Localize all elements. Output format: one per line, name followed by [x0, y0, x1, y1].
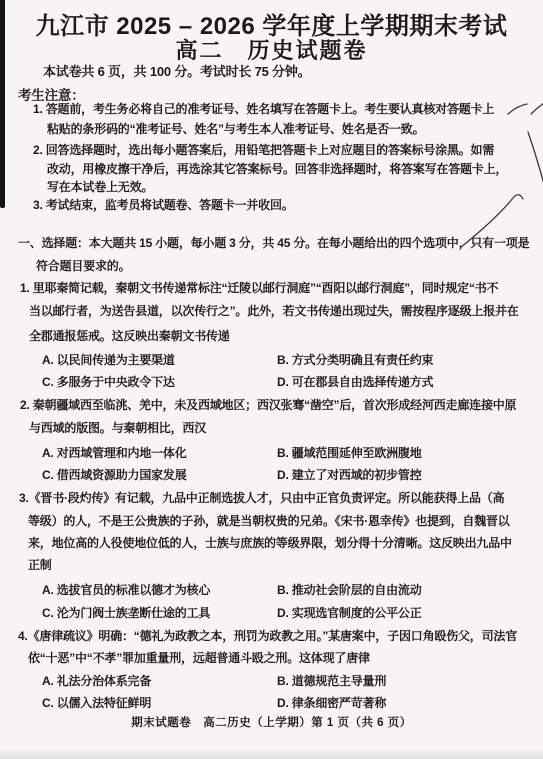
- question-2-option-b: B. 疆域范围延伸至欧洲腹地: [277, 444, 422, 461]
- question-1-option-b: B. 方式分类明确且有责任约束: [277, 351, 433, 368]
- section-header-line-2: 符合题目要求的。: [36, 257, 130, 274]
- question-3-option-a: A. 选拔官员的标准以德才为核心: [42, 581, 210, 598]
- question-3-option-c: C. 沦为门阀士族垄断仕途的工具: [42, 604, 210, 621]
- question-3-option-d: D. 实现选官制度的公平公正: [277, 604, 422, 621]
- question-1-line-3: 全郡通报惩戒。这反映出秦朝文书传递: [29, 327, 230, 344]
- question-3-line-4: 正制: [28, 556, 52, 573]
- question-3-line-3: 来，地位高的人役使地位低的人，士族与庶族的等级界限，划分得十分清晰。这反映出九品…: [28, 534, 512, 551]
- question-3-line-1: 3.《晋书·段灼传》有记载，九品中正制选拔人才，只由中正官负责评定。所以能获得上…: [19, 489, 504, 506]
- exam-info-line: 本试卷共 6 页，共 100 分。考试时长 75 分钟。: [43, 61, 310, 80]
- question-2-line-2: 与西域的版图。与秦朝相比，西汉: [29, 419, 206, 436]
- scanned-exam-paper: { "colors": { "paper": "#f6f5f1", "ink":…: [0, 0, 543, 759]
- question-4-option-a: A. 礼法分治体系完备: [42, 672, 151, 689]
- question-2-option-c: C. 借西域资源助力国家发展: [42, 466, 187, 483]
- notice-item-1-line-1: 1. 答题前，考生务必将自己的准考证号、姓名填写在答题卡上。考生要认真核对答题卡…: [33, 100, 494, 117]
- notice-item-3-line-1: 3. 考试结束，监考员将试题卷、答题卡一并收回。: [33, 196, 294, 213]
- page-footer: 期末试题卷 高二历史（上学期）第 1 页（共 6 页）: [0, 714, 543, 730]
- question-1-option-c: C. 多服务于中央政令下达: [42, 373, 175, 390]
- question-2-option-d: D. 建立了对西域的初步管控: [277, 466, 422, 483]
- question-2-line-1: 2. 秦朝疆域西至临洮、羌中，未及西域地区；西汉张骞“凿空”后，首次形成经河西走…: [20, 396, 516, 413]
- question-1-line-2: 当以邮行者，为送告县道，以次传行之”。此外，若文书传递出现过失，需按程序逐级上报…: [29, 302, 519, 319]
- question-4-option-d: D. 律条细密严苛著称: [277, 694, 386, 711]
- question-4-line-2: 依“十恶”中“不孝”罪加重量刑，远超普通斗殴之刑。这体现了唐律: [28, 649, 370, 666]
- notice-item-2-line-3: 写在本试卷上无效。: [47, 178, 153, 195]
- notice-item-2-line-1: 2. 回答选择题时，选出每小题答案后，用铅笔把答题卡上对应题目的答案标号涂黑。如…: [33, 141, 494, 158]
- notice-item-1-line-2: 粘贴的条形码的“准考证号、姓名”与考生本人准考证号、姓名是否一致。: [47, 120, 424, 137]
- question-4-line-1: 4.《唐律疏议》明确：“德礼为政教之本，刑罚为政教之用。”某唐案中，子因口角殴伤…: [18, 627, 517, 644]
- question-4-option-c: C. 以儒入法特征鲜明: [42, 694, 151, 711]
- section-header-line-1: 一、选择题：本大题共 15 小题，每小题 3 分，共 45 分。在每小题给出的四…: [18, 234, 529, 251]
- question-1-option-d: D. 可在郡县自由选择传递方式: [277, 373, 433, 390]
- notice-item-2-line-2: 改动，用橡皮擦干净后，再选涂其它答案标号。回答非选择题时，将答案写在答题卡上，: [47, 160, 507, 177]
- question-2-option-a: A. 对西域管理和内地一体化: [42, 444, 187, 461]
- scan-bottom-shadow: [0, 749, 543, 759]
- question-4-option-b: B. 道德规范主导量刑: [277, 672, 386, 689]
- question-3-option-b: B. 推动社会阶层的自由流动: [277, 581, 422, 598]
- question-3-line-2: 等级）的人，不是王公贵族的子孙，就是当朝权贵的兄弟。《宋书·恩幸传》也提到，自魏…: [28, 512, 510, 529]
- question-1-line-1: 1. 里耶秦简记载，秦朝文书传递常标注“迁陵以邮行洞庭”“酉阳以邮行洞庭”，同时…: [20, 279, 498, 296]
- question-1-option-a: A. 以民间传递为主要渠道: [42, 351, 175, 368]
